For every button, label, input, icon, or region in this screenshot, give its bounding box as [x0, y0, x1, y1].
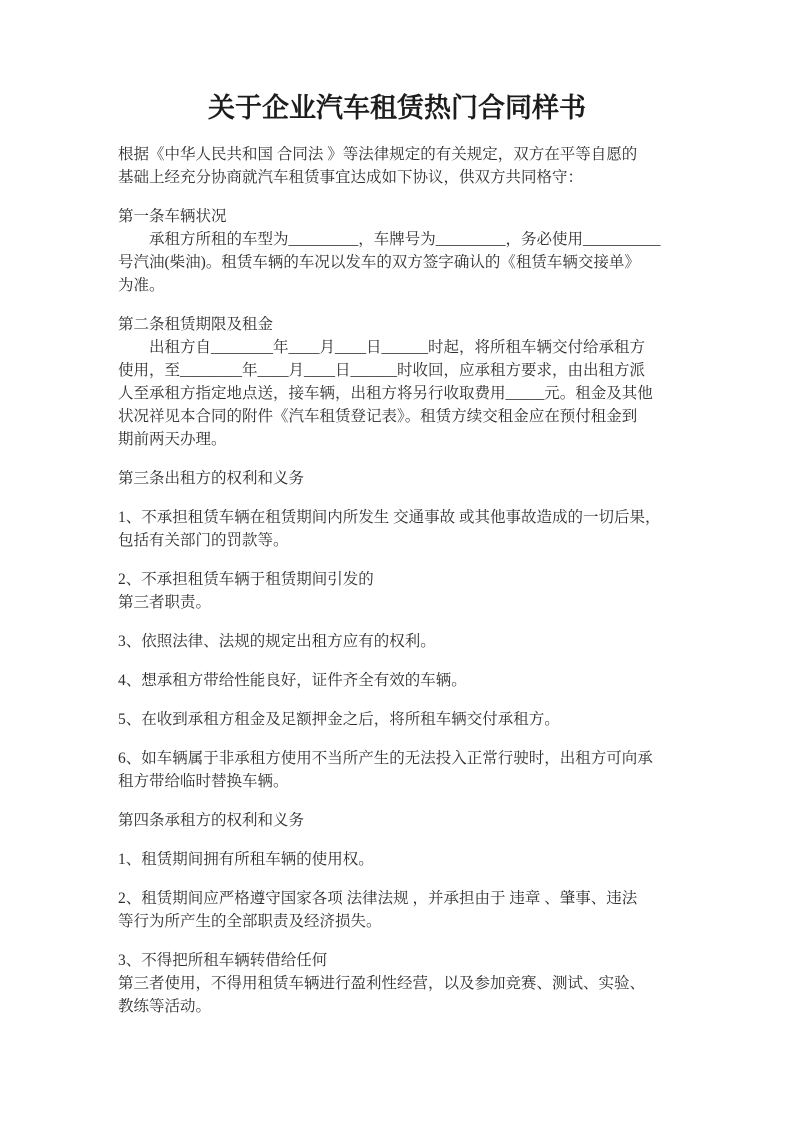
- text-line: 教练等活动。: [118, 995, 676, 1018]
- article-3-item-6: 6、如车辆属于非承租方使用不当所产生的无法投入正常行驶时，出租方可向承租方带给临…: [118, 747, 676, 793]
- article-4-heading: 第四条承租方的权利和义务: [118, 809, 676, 832]
- text-line: 3、不得把所租车辆转借给任何: [118, 949, 676, 972]
- text-line: 6、如车辆属于非承租方使用不当所产生的无法投入正常行驶时，出租方可向承: [118, 747, 676, 770]
- text-line: 第四条承租方的权利和义务: [118, 809, 676, 832]
- document-body: 根据《中华人民共和国 合同法 》等法律规定的有关规定，双方在平等自愿的基础上经充…: [118, 143, 676, 1018]
- text-line: 为准。: [118, 274, 676, 297]
- text-line: 人至承租方指定地点送，接车辆，出租方将另行收取费用_____元。租金及其他: [118, 382, 676, 405]
- text-line: 期前两天办理。: [118, 428, 676, 451]
- text-line: 第二条租赁期限及租金: [118, 313, 676, 336]
- article-1-vehicle-condition: 第一条车辆状况承租方所租的车型为_________，车牌号为_________，…: [118, 205, 676, 297]
- text-line: 1、不承担租赁车辆在租赁期间内所发生 交通事故 或其他事故造成的一切后果，: [118, 506, 676, 529]
- text-line: 等行为所产生的全部职责及经济损失。: [118, 910, 676, 933]
- article-4-item-3: 3、不得把所租车辆转借给任何第三者使用，不得用租赁车辆进行盈利性经营，以及参加竞…: [118, 949, 676, 1018]
- text-line: 包括有关部门的罚款等。: [118, 529, 676, 552]
- text-line: 第一条车辆状况: [118, 205, 676, 228]
- text-line: 承租方所租的车型为_________，车牌号为_________，务必使用___…: [118, 228, 676, 251]
- document-content: 关于企业汽车租赁热门合同样书 根据《中华人民共和国 合同法 》等法律规定的有关规…: [118, 90, 676, 1018]
- text-line: 3、依照法律、法规的规定出租方应有的权利。: [118, 630, 676, 653]
- intro-paragraph: 根据《中华人民共和国 合同法 》等法律规定的有关规定，双方在平等自愿的基础上经充…: [118, 143, 676, 189]
- article-4-item-1: 1、租赁期间拥有所租车辆的使用权。: [118, 848, 676, 871]
- text-line: 号汽油(柴油)。租赁车辆的车况以发车的双方签字确认的《租赁车辆交接单》: [118, 251, 676, 274]
- text-line: 第三者使用，不得用租赁车辆进行盈利性经营，以及参加竞赛、测试、实验、: [118, 972, 676, 995]
- text-line: 1、租赁期间拥有所租车辆的使用权。: [118, 848, 676, 871]
- contract-document-page: 关于企业汽车租赁热门合同样书 根据《中华人民共和国 合同法 》等法律规定的有关规…: [0, 0, 794, 1123]
- text-line: 基础上经充分协商就汽车租赁事宜达成如下协议，供双方共同格守：: [118, 166, 676, 189]
- text-line: 使用，至________年____月____日______时收回，应承租方要求，…: [118, 359, 676, 382]
- text-line: 出租方自________年____月____日______时起，将所租车辆交付给…: [118, 336, 676, 359]
- article-4-item-2: 2、租赁期间应严格遵守国家各项 法律法规 ，并承担由于 违章 、肇事、违法等行为…: [118, 887, 676, 933]
- article-3-item-2: 2、不承担租赁车辆于租赁期间引发的第三者职责。: [118, 568, 676, 614]
- text-line: 5、在收到承租方租金及足额押金之后，将所租车辆交付承租方。: [118, 708, 676, 731]
- text-line: 租方带给临时替换车辆。: [118, 770, 676, 793]
- article-3-item-5: 5、在收到承租方租金及足额押金之后，将所租车辆交付承租方。: [118, 708, 676, 731]
- article-3-heading: 第三条出租方的权利和义务: [118, 467, 676, 490]
- article-2-lease-term-and-rent: 第二条租赁期限及租金出租方自________年____月____日______时…: [118, 313, 676, 451]
- article-3-item-4: 4、想承租方带给性能良好，证件齐全有效的车辆。: [118, 669, 676, 692]
- text-line: 第三条出租方的权利和义务: [118, 467, 676, 490]
- text-line: 第三者职责。: [118, 591, 676, 614]
- text-line: 2、不承担租赁车辆于租赁期间引发的: [118, 568, 676, 591]
- text-line: 根据《中华人民共和国 合同法 》等法律规定的有关规定，双方在平等自愿的: [118, 143, 676, 166]
- article-3-item-1: 1、不承担租赁车辆在租赁期间内所发生 交通事故 或其他事故造成的一切后果，包括有…: [118, 506, 676, 552]
- document-title: 关于企业汽车租赁热门合同样书: [118, 90, 676, 126]
- text-line: 4、想承租方带给性能良好，证件齐全有效的车辆。: [118, 669, 676, 692]
- article-3-item-3: 3、依照法律、法规的规定出租方应有的权利。: [118, 630, 676, 653]
- text-line: 2、租赁期间应严格遵守国家各项 法律法规 ，并承担由于 违章 、肇事、违法: [118, 887, 676, 910]
- text-line: 状况祥见本合同的附件《汽车租赁登记表》。租赁方续交租金应在预付租金到: [118, 405, 676, 428]
